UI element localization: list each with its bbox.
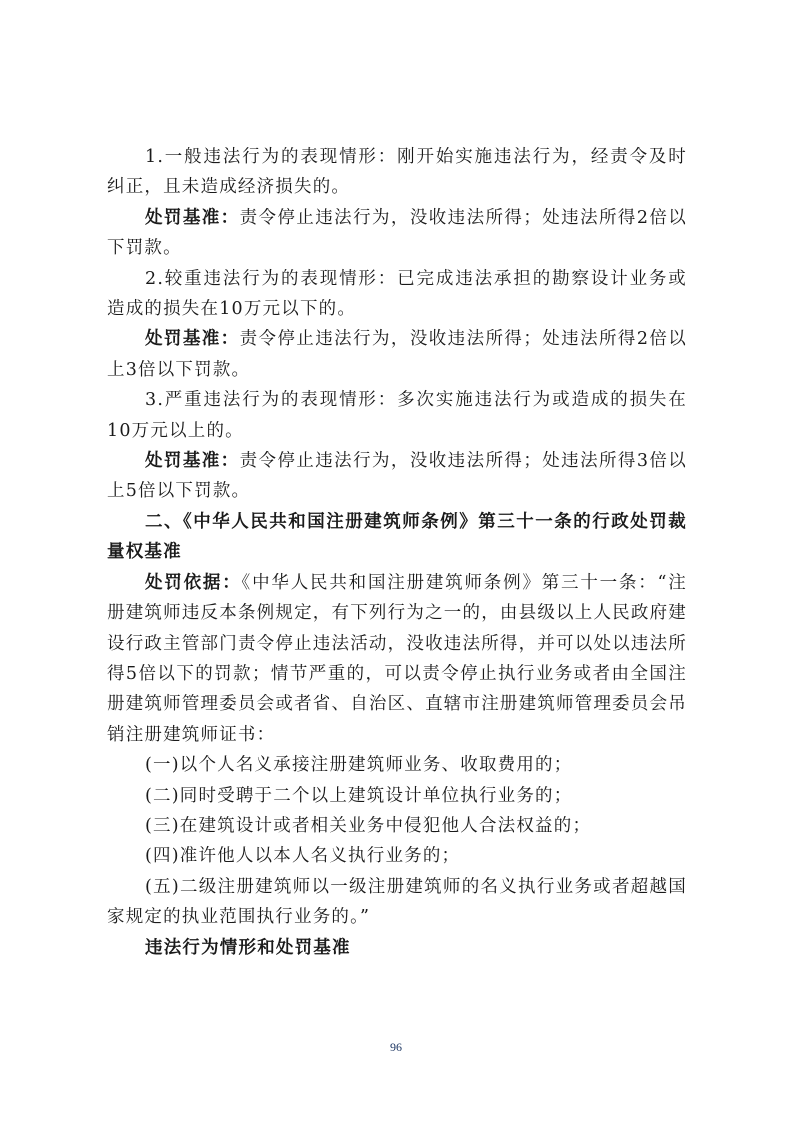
case-3-penalty-label: 处罚基准： <box>145 451 240 471</box>
penalty-basis-label: 处罚依据： <box>145 573 242 593</box>
list-item-5: (五)二级注册建筑师以一级注册建筑师的名义执行业务或者超越国家规定的执业范围执行… <box>107 872 687 933</box>
subheading: 违法行为情形和处罚基准 <box>107 933 687 963</box>
case-2-label: 2.较重违法行为的表现情形： <box>145 269 397 289</box>
page-body: 1.一般违法行为的表现情形：刚开始实施违法行为，经责令及时纠正，且未造成经济损失… <box>107 142 687 963</box>
list-item-4: (四)准许他人以本人名义执行业务的； <box>107 841 687 871</box>
page-number: 96 <box>0 1040 792 1055</box>
list-item-2: (二)同时受聘于二个以上建筑设计单位执行业务的； <box>107 781 687 811</box>
case-1-penalty: 处罚基准：责令停止违法行为，没收违法所得；处违法所得2倍以下罚款。 <box>107 203 687 264</box>
case-2-penalty-label: 处罚基准： <box>145 329 240 349</box>
case-1-description: 1.一般违法行为的表现情形：刚开始实施违法行为，经责令及时纠正，且未造成经济损失… <box>107 142 687 203</box>
case-3-label: 3.严重违法行为的表现情形： <box>145 390 397 410</box>
case-2-penalty: 处罚基准：责令停止违法行为，没收违法所得；处违法所得2倍以上3倍以下罚款。 <box>107 324 687 385</box>
penalty-basis: 处罚依据：《中华人民共和国注册建筑师条例》第三十一条：“注册建筑师违反本条例规定… <box>107 568 687 750</box>
penalty-basis-text: 《中华人民共和国注册建筑师条例》第三十一条：“注册建筑师违反本条例规定，有下列行… <box>107 573 687 745</box>
document-page: 1.一般违法行为的表现情形：刚开始实施违法行为，经责令及时纠正，且未造成经济损失… <box>0 0 792 1121</box>
section-heading-2: 二、《中华人民共和国注册建筑师条例》第三十一条的行政处罚裁量权基准 <box>107 507 687 568</box>
case-1-penalty-label: 处罚基准： <box>145 208 240 228</box>
case-3-penalty: 处罚基准：责令停止违法行为，没收违法所得；处违法所得3倍以上5倍以下罚款。 <box>107 446 687 507</box>
case-2-description: 2.较重违法行为的表现情形：已完成违法承担的勘察设计业务或造成的损失在10万元以… <box>107 264 687 325</box>
list-item-1: (一)以个人名义承接注册建筑师业务、收取费用的； <box>107 750 687 780</box>
case-3-description: 3.严重违法行为的表现情形：多次实施违法行为或造成的损失在10万元以上的。 <box>107 385 687 446</box>
list-item-3: (三)在建筑设计或者相关业务中侵犯他人合法权益的； <box>107 811 687 841</box>
case-1-label: 1.一般违法行为的表现情形： <box>145 147 397 167</box>
